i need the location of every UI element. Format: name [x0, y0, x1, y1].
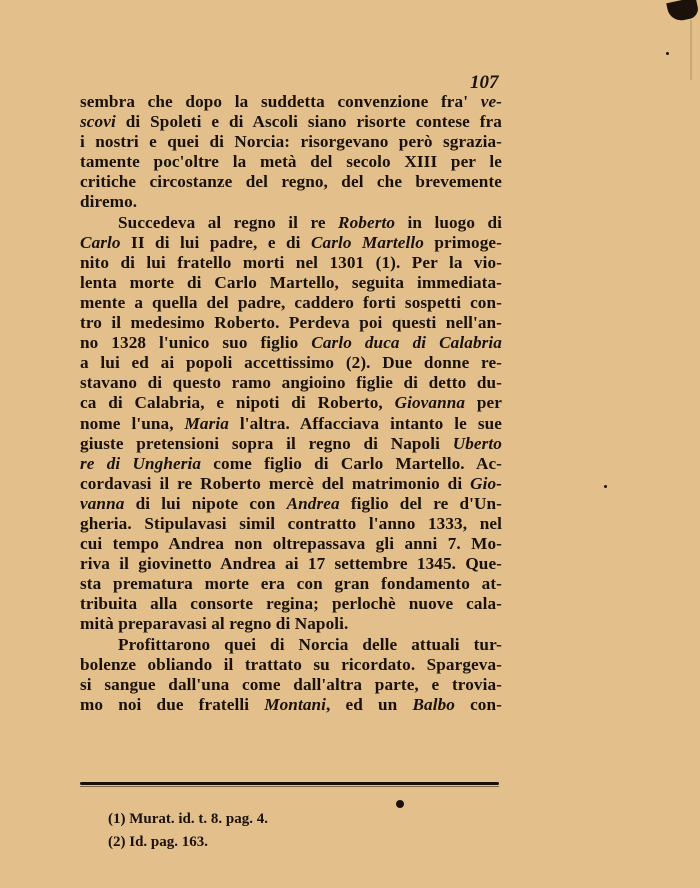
text-line: gheria. Stipulavasi simil contratto l'an…: [80, 514, 502, 534]
text-line: Succedeva al regno il re Roberto in luog…: [80, 213, 502, 233]
text-line: tribuita alla consorte regina; perlochè …: [80, 594, 502, 614]
text-segment: tamente poc'oltre la metà del secolo XII…: [80, 152, 502, 171]
text-line: tamente poc'oltre la metà del secolo XII…: [80, 152, 502, 172]
text-segment: mità preparavasi al regno di Napoli.: [80, 614, 348, 633]
text-line: sembra che dopo la suddetta convenzione …: [80, 92, 502, 112]
text-segment: figlio del re d'Un-: [340, 494, 502, 513]
text-line: a lui ed ai popoli accettissimo (2). Due…: [80, 353, 502, 373]
text-line: riva il giovinetto Andrea ai 17 settembr…: [80, 554, 502, 574]
text-line: tro il medesimo Roberto. Perdeva poi que…: [80, 313, 502, 333]
italic-text: Carlo Martello: [311, 233, 424, 252]
text-segment: ca di Calabria, e nipoti di Roberto,: [80, 393, 395, 412]
text-segment: come figlio di Carlo Martello. Ac-: [201, 454, 502, 473]
text-line: critiche circostanze del regno, del che …: [80, 172, 502, 192]
text-segment: si sangue dall'una come dall'altra parte…: [80, 675, 502, 694]
text-line: i nostri e quei di Norcia: risorgevano p…: [80, 132, 502, 152]
ink-speck: [666, 52, 669, 55]
italic-text: Roberto: [338, 213, 395, 232]
text-line: nito di lui fratello morti nel 1301 (1).…: [80, 253, 502, 273]
italic-text: scovi: [80, 112, 116, 131]
text-segment: diremo.: [80, 192, 137, 211]
page-edge-mark: [690, 20, 692, 80]
italic-text: Andrea: [287, 494, 340, 513]
text-segment: II di lui padre, e di: [121, 233, 311, 252]
text-segment: cordavasi il re Roberto mercè del matrim…: [80, 474, 470, 493]
text-segment: in luogo di: [395, 213, 502, 232]
italic-text: re di Ungheria: [80, 454, 201, 473]
text-line: mità preparavasi al regno di Napoli.: [80, 614, 502, 634]
text-segment: nito di lui fratello morti nel 1301 (1).…: [80, 253, 502, 272]
italic-text: vanna: [80, 494, 124, 513]
text-segment: l'altra. Affacciava intanto le sue: [229, 414, 502, 433]
text-segment: riva il giovinetto Andrea ai 17 settembr…: [80, 554, 502, 573]
text-line: mo noi due fratelli Montani, ed un Balbo…: [80, 695, 502, 715]
text-segment: primoge-: [424, 233, 502, 252]
text-segment: giuste pretensioni sopra il regno di Nap…: [80, 434, 453, 453]
footnote-2: (2) Id. pag. 163.: [108, 831, 268, 854]
italic-text: ve-: [481, 92, 502, 111]
italic-text: Carlo duca di Calabria: [311, 333, 502, 352]
text-segment: stavano di questo ramo angioino figlie d…: [80, 373, 502, 392]
text-line: sta prematura morte era con gran fondame…: [80, 574, 502, 594]
text-line: Profittarono quei di Norcia delle attual…: [80, 635, 502, 655]
text-line: giuste pretensioni sopra il regno di Nap…: [80, 434, 502, 454]
italic-text: Balbo: [412, 695, 455, 714]
text-segment: mente a quella del padre, caddero forti …: [80, 293, 502, 312]
ink-blot: [666, 0, 700, 23]
ink-speck: [396, 800, 404, 808]
text-line: mente a quella del padre, caddero forti …: [80, 293, 502, 313]
text-segment: i nostri e quei di Norcia: risorgevano p…: [80, 132, 502, 151]
body-text: sembra che dopo la suddetta convenzione …: [80, 92, 502, 715]
italic-text: Gio-: [470, 474, 502, 493]
text-line: vanna di lui nipote con Andrea figlio de…: [80, 494, 502, 514]
text-segment: sembra che dopo la suddetta convenzione …: [80, 92, 481, 111]
text-line: no 1328 l'unico suo figlio Carlo duca di…: [80, 333, 502, 353]
text-segment: cui tempo Andrea non oltrepassava gli an…: [80, 534, 502, 553]
italic-text: Maria: [185, 414, 229, 433]
text-line: cui tempo Andrea non oltrepassava gli an…: [80, 534, 502, 554]
text-line: diremo.: [80, 192, 502, 212]
footnote-separator-rule-shadow: [80, 786, 499, 787]
text-line: si sangue dall'una come dall'altra parte…: [80, 675, 502, 695]
text-line: re di Ungheria come figlio di Carlo Mart…: [80, 454, 502, 474]
text-segment: mo noi due fratelli: [80, 695, 264, 714]
text-segment: bolenze obliando il trattato su ricordat…: [80, 655, 502, 674]
italic-text: Carlo: [80, 233, 121, 252]
text-segment: a lui ed ai popoli accettissimo (2). Due…: [80, 353, 502, 372]
text-segment: di lui nipote con: [124, 494, 286, 513]
text-segment: tribuita alla consorte regina; perlochè …: [80, 594, 502, 613]
text-line: Carlo II di lui padre, e di Carlo Martel…: [80, 233, 502, 253]
text-segment: critiche circostanze del regno, del che …: [80, 172, 502, 191]
italic-text: Montani: [264, 695, 326, 714]
text-line: bolenze obliando il trattato su ricordat…: [80, 655, 502, 675]
text-segment: con-: [455, 695, 502, 714]
text-segment: tro il medesimo Roberto. Perdeva poi que…: [80, 313, 502, 332]
italic-text: Giovanna: [395, 393, 466, 412]
text-line: ca di Calabria, e nipoti di Roberto, Gio…: [80, 393, 502, 413]
text-segment: lenta morte di Carlo Martello, seguita i…: [80, 273, 502, 292]
text-segment: gheria. Stipulavasi simil contratto l'an…: [80, 514, 502, 533]
text-segment: no 1328 l'unico suo figlio: [80, 333, 311, 352]
text-line: cordavasi il re Roberto mercè del matrim…: [80, 474, 502, 494]
text-segment: , ed un: [326, 695, 412, 714]
text-segment: nome l'una,: [80, 414, 185, 433]
text-segment: di Spoleti e di Ascoli siano risorte con…: [116, 112, 502, 131]
text-line: stavano di questo ramo angioino figlie d…: [80, 373, 502, 393]
text-line: nome l'una, Maria l'altra. Affacciava in…: [80, 414, 502, 434]
text-segment: per: [465, 393, 502, 412]
text-segment: sta prematura morte era con gran fondame…: [80, 574, 502, 593]
footnote-1: (1) Murat. id. t. 8. pag. 4.: [108, 808, 268, 831]
text-line: scovi di Spoleti e di Ascoli siano risor…: [80, 112, 502, 132]
text-line: lenta morte di Carlo Martello, seguita i…: [80, 273, 502, 293]
text-segment: Succedeva al regno il re: [118, 213, 338, 232]
italic-text: Uberto: [453, 434, 502, 453]
page-number: 107: [470, 72, 499, 94]
text-segment: Profittarono quei di Norcia delle attual…: [118, 635, 502, 654]
ink-speck: [604, 485, 607, 488]
footnote-separator-rule: [80, 782, 499, 785]
footnotes: (1) Murat. id. t. 8. pag. 4. (2) Id. pag…: [108, 808, 268, 854]
